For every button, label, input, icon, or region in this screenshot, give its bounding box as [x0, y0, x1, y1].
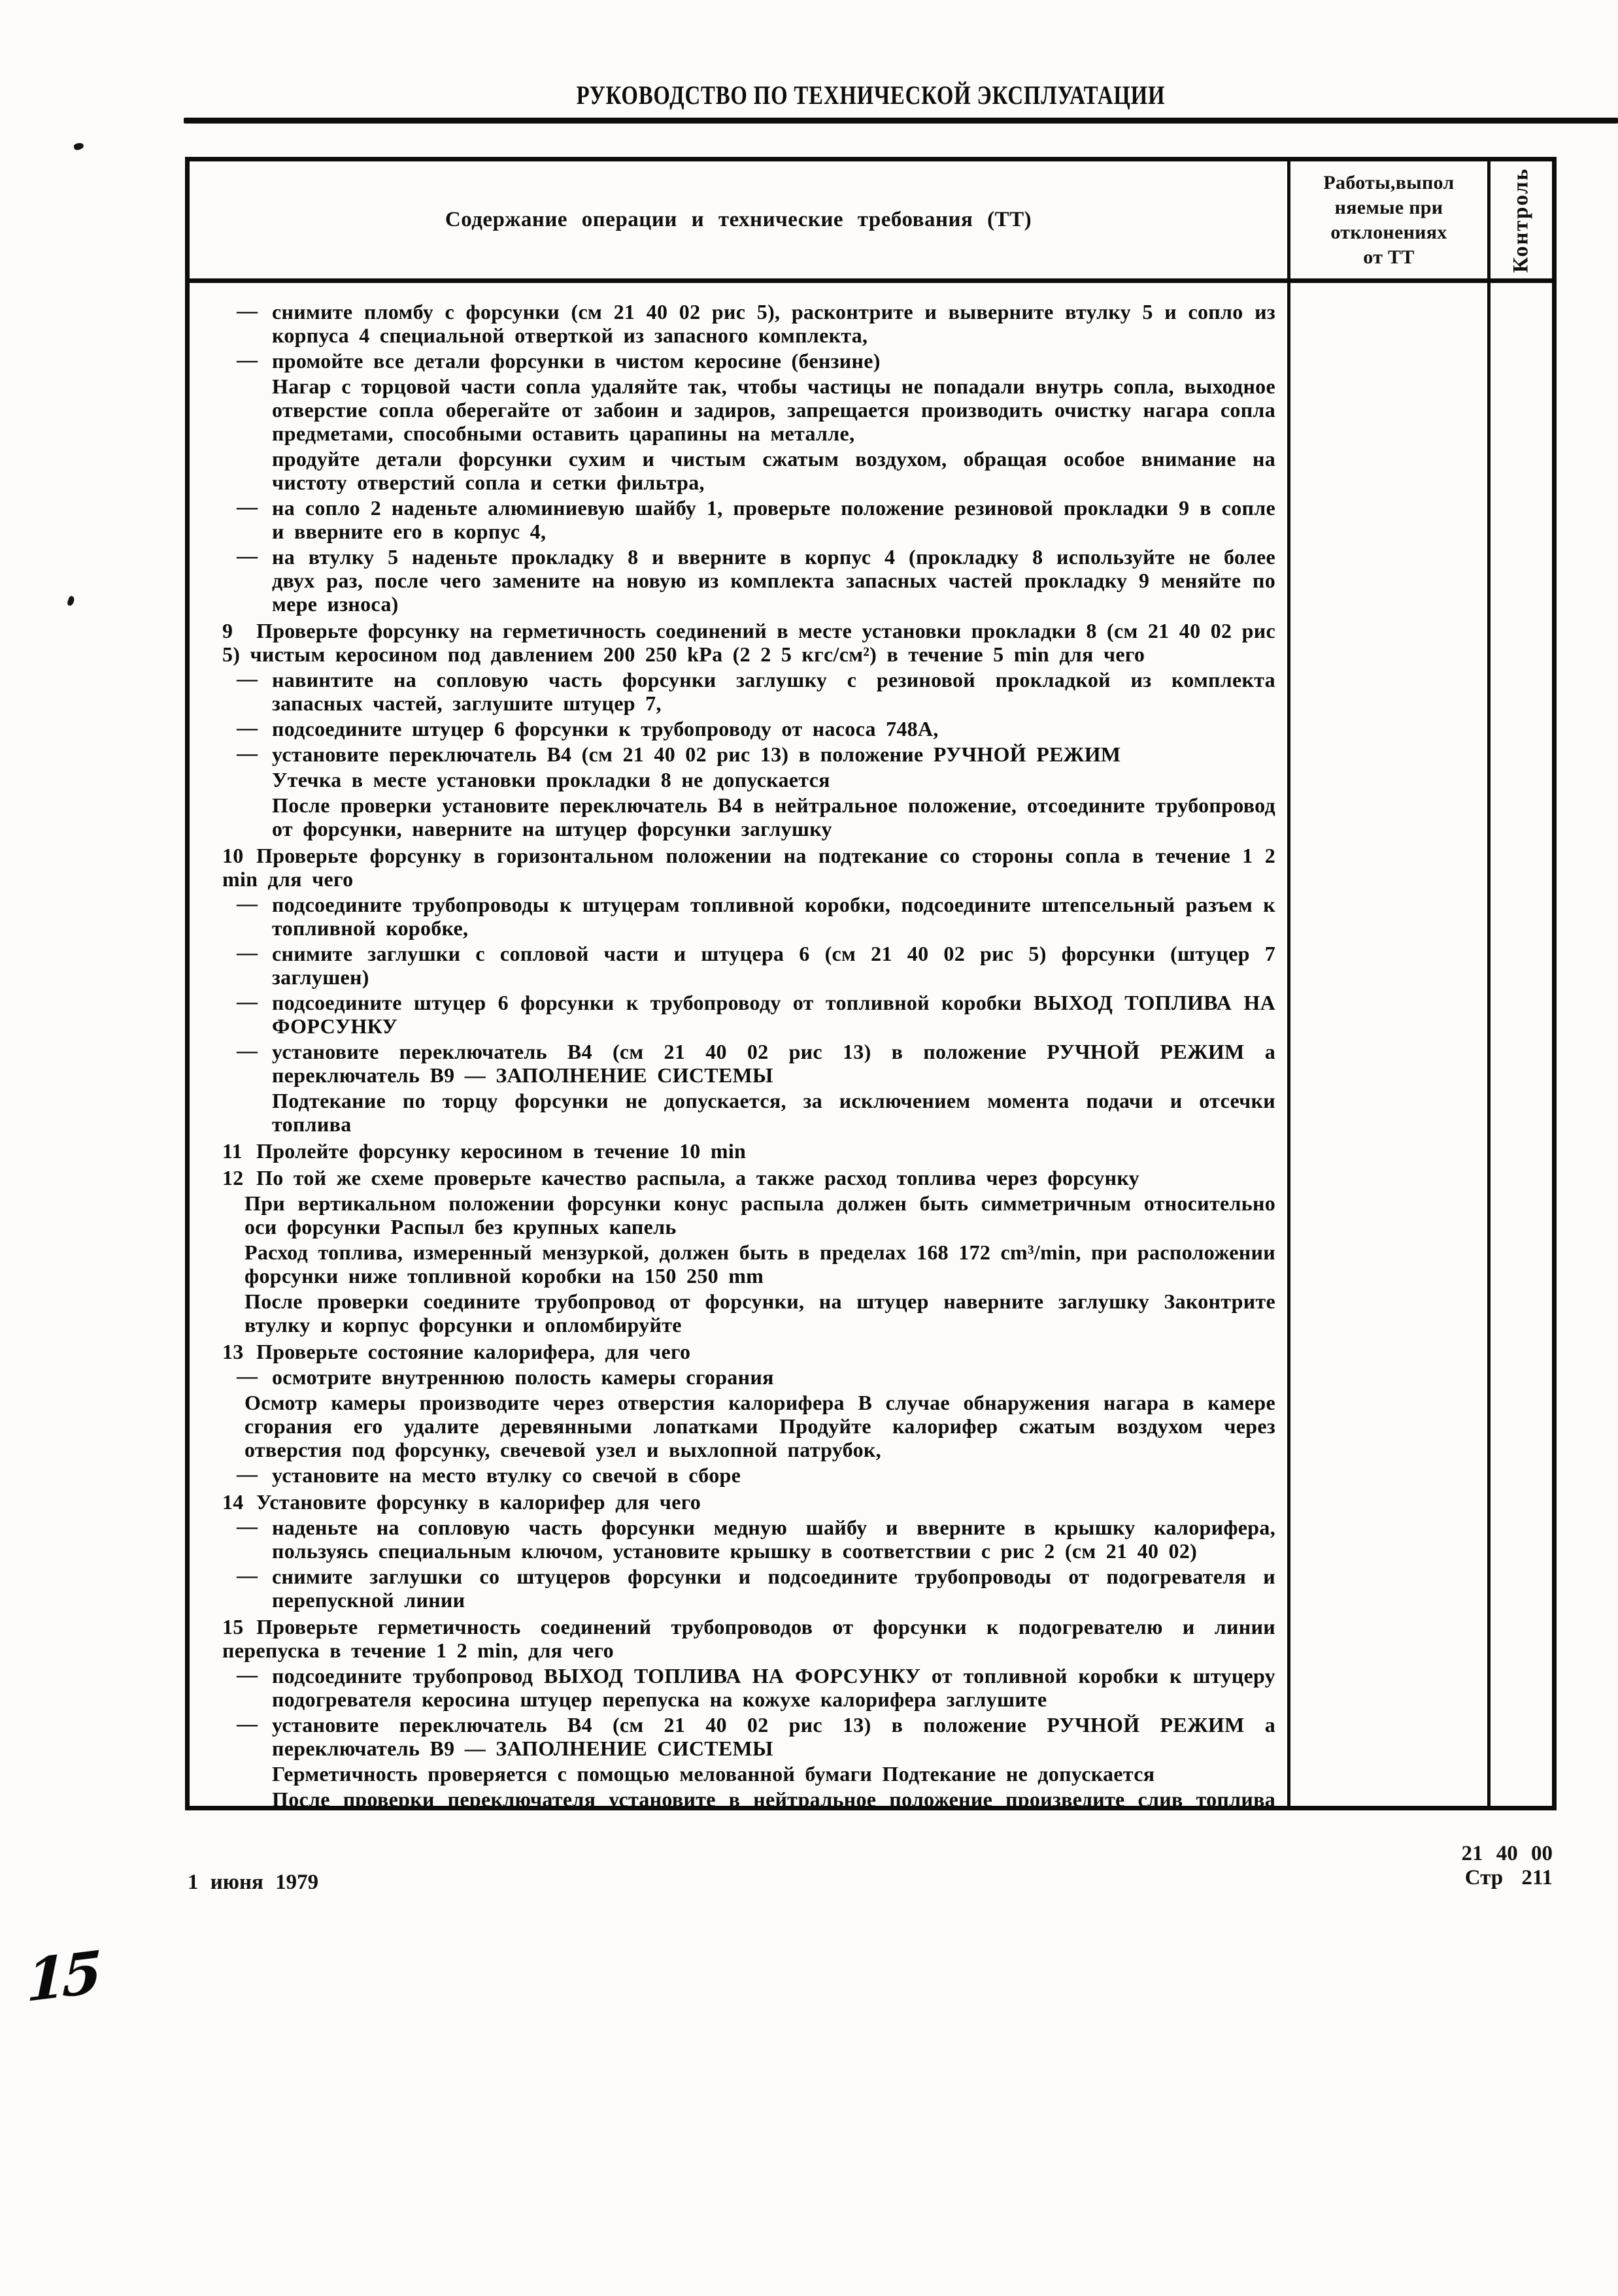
note-paragraph: Расход топлива, измеренный мензуркой, до… [204, 1240, 1275, 1288]
item-text: По той же схеме проверьте качество распы… [256, 1166, 1139, 1190]
item-text: Проверьте форсунку на герметичность соед… [222, 619, 1275, 666]
item-text: После проверки переключателя установите … [272, 1788, 1275, 1806]
item-text: После проверки установите переключатель … [272, 793, 1275, 840]
dash-marker: — [237, 1663, 258, 1686]
header-deviations: Работы,выпол няемые при отклонениях от Т… [1287, 161, 1487, 283]
dash-marker: — [237, 348, 258, 371]
numbered-item: 15Проверьте герметичность соединений тру… [204, 1615, 1275, 1662]
dash-item: —снимите заглушки с сопловой части и шту… [204, 942, 1275, 989]
dash-item: —на сопло 2 наденьте алюминиевую шайбу 1… [204, 496, 1275, 543]
item-text: на сопло 2 наденьте алюминиевую шайбу 1,… [272, 496, 1275, 543]
item-text: Проверьте состояние калорифера, для чего [256, 1340, 690, 1363]
item-text: установите на место втулку со свечой в с… [272, 1463, 741, 1487]
note-paragraph: После проверки соедините трубопровод от … [204, 1289, 1275, 1337]
dash-marker: — [237, 1462, 258, 1486]
footer-date: 1 июня 1979 [188, 1871, 318, 1895]
dash-item: —подсоедините штуцер 6 форсунки к трубоп… [204, 991, 1275, 1038]
dash-item: —навинтите на сопловую часть форсунки за… [204, 668, 1275, 715]
item-text: подсоедините штуцер 6 форсунки к трубопр… [272, 991, 1275, 1038]
header-operations: Содержание операции и технические требов… [190, 161, 1287, 283]
dash-item: —снимите заглушки со штуцеров форсунки и… [204, 1565, 1275, 1612]
item-text: Подтекание по торцу форсунки не допускае… [272, 1089, 1275, 1136]
item-text: Проверьте герметичность соединений трубо… [222, 1615, 1275, 1662]
numbered-item: 14Установите форсунку в калорифер для че… [204, 1490, 1275, 1514]
item-text: установите переключатель В4 (см 21 40 02… [272, 1040, 1275, 1087]
title-rule-divider [184, 118, 1618, 124]
dash-marker: — [237, 1712, 258, 1735]
operations-cell: —снимите пломбу с форсунки (см 21 40 02 … [190, 283, 1287, 1806]
item-text: Утечка в месте установки прокладки 8 не … [272, 768, 830, 791]
item-text: После проверки соедините трубопровод от … [244, 1289, 1275, 1337]
item-number: 12 [222, 1166, 256, 1190]
item-text: подсоедините штуцер 6 форсунки к трубопр… [272, 717, 939, 740]
item-text: установите переключатель В4 (см 21 40 02… [272, 742, 1121, 766]
dash-marker: — [237, 1364, 258, 1388]
dash-marker: — [237, 741, 258, 765]
numbered-item: 10Проверьте форсунку в горизонтальном по… [204, 844, 1275, 891]
dash-item: —осмотрите внутреннюю полость камеры сго… [204, 1365, 1275, 1389]
dash-marker: — [237, 891, 258, 915]
item-text: снимите пломбу с форсунки (см 21 40 02 р… [272, 300, 1275, 347]
dash-marker: — [237, 667, 258, 690]
item-text: Пролейте форсунку керосином в течение 10… [256, 1139, 746, 1163]
dash-item: —установите переключатель В4 (см 21 40 0… [204, 1713, 1275, 1760]
dash-marker: — [237, 1514, 258, 1538]
dash-marker: — [237, 495, 258, 518]
item-text: снимите заглушки с сопловой части и штуц… [272, 942, 1275, 989]
item-text: промойте все детали форсунки в чистом ке… [272, 349, 881, 373]
item-text: на втулку 5 наденьте прокладку 8 и вверн… [272, 545, 1275, 616]
footer-doc-number: 21 40 00 [1462, 1842, 1553, 1866]
ink-speck [73, 142, 84, 151]
item-text: подсоедините трубопровод ВЫХОД ТОПЛИВА Н… [272, 1664, 1275, 1711]
numbered-item: 9Проверьте форсунку на герметичность сое… [204, 619, 1275, 666]
dash-item: —подсоедините трубопроводы к штуцерам то… [204, 893, 1275, 940]
item-text: Расход топлива, измеренный мензуркой, до… [244, 1240, 1275, 1288]
dash-item: —установите переключатель В4 (см 21 40 0… [204, 742, 1275, 766]
numbered-item: 13Проверьте состояние калорифера, для че… [204, 1340, 1275, 1363]
dash-marker: — [237, 940, 258, 964]
item-text: При вертикальном положении форсунки кону… [244, 1191, 1275, 1239]
item-text: Герметичность проверяется с помощью мело… [272, 1762, 1155, 1786]
dash-item: —на втулку 5 наденьте прокладку 8 и ввер… [204, 545, 1275, 616]
item-text: подсоедините трубопроводы к штуцерам топ… [272, 893, 1275, 940]
note-paragraph: Осмотр камеры производите через отверсти… [204, 1391, 1275, 1461]
note-paragraph: Герметичность проверяется с помощью мело… [204, 1762, 1275, 1786]
dash-item: —снимите пломбу с форсунки (см 21 40 02 … [204, 300, 1275, 347]
item-number: 10 [222, 844, 256, 867]
note-paragraph: Утечка в месте установки прокладки 8 не … [204, 768, 1275, 791]
item-text: навинтите на сопловую часть форсунки заг… [272, 668, 1275, 715]
item-text: установите переключатель В4 (см 21 40 02… [272, 1713, 1275, 1760]
note-paragraph: Подтекание по торцу форсунки не допускае… [204, 1089, 1275, 1136]
item-text: осмотрите внутреннюю полость камеры сгор… [272, 1365, 774, 1389]
dash-item: —подсоедините штуцер 6 форсунки к трубоп… [204, 717, 1275, 740]
numbered-item: 11Пролейте форсунку керосином в течение … [204, 1139, 1275, 1163]
dash-marker: — [237, 716, 258, 739]
note-paragraph: Нагар с торцовой части сопла удаляйте та… [204, 374, 1275, 445]
item-text: Осмотр камеры производите через отверсти… [244, 1391, 1275, 1461]
dash-item: —установите переключатель В4 (см 21 40 0… [204, 1040, 1275, 1087]
item-text: продуйте детали форсунки сухим и чистым … [272, 447, 1275, 494]
item-text: Нагар с торцовой части сопла удаляйте та… [272, 374, 1275, 445]
footer-reference: 21 40 00 Стр 211 [1462, 1842, 1553, 1890]
dash-marker: — [237, 299, 258, 322]
manual-page: РУКОВОДСТВО ПО ТЕХНИЧЕСКОЙ ЭКСПЛУАТАЦИИ … [0, 0, 1618, 2296]
dash-marker: — [237, 1039, 258, 1062]
header-control-label: Контроль [1509, 167, 1534, 273]
numbered-item: 12По той же схеме проверьте качество рас… [204, 1166, 1275, 1190]
note-paragraph: После проверки переключателя установите … [204, 1788, 1275, 1806]
header-deviations-label: Работы,выпол няемые при отклонениях от Т… [1323, 171, 1454, 270]
dash-marker: — [237, 1563, 258, 1587]
item-number: 11 [222, 1139, 256, 1163]
dash-marker: — [237, 544, 258, 567]
footer-page-number: Стр 211 [1462, 1866, 1553, 1890]
running-title: РУКОВОДСТВО ПО ТЕХНИЧЕСКОЙ ЭКСПЛУАТАЦИИ [309, 80, 1433, 110]
deviations-cell-empty [1287, 283, 1487, 1806]
item-text: Проверьте форсунку в горизонтальном поло… [222, 844, 1275, 891]
dash-marker: — [237, 990, 258, 1013]
item-number: 14 [222, 1490, 256, 1514]
handwritten-page-mark: 15 [25, 1938, 98, 2015]
dash-item: —подсоедините трубопровод ВЫХОД ТОПЛИВА … [204, 1664, 1275, 1711]
dash-item: —наденьте на сопловую часть форсунки мед… [204, 1516, 1275, 1563]
header-operations-label: Содержание операции и технические требов… [445, 208, 1032, 232]
operations-table: Содержание операции и технические требов… [185, 157, 1557, 1810]
item-text: снимите заглушки со штуцеров форсунки и … [272, 1565, 1275, 1612]
note-paragraph: После проверки установите переключатель … [204, 793, 1275, 840]
note-paragraph: При вертикальном положении форсунки кону… [204, 1191, 1275, 1239]
item-number: 13 [222, 1340, 256, 1363]
dash-item: —установите на место втулку со свечой в … [204, 1463, 1275, 1487]
note-paragraph: продуйте детали форсунки сухим и чистым … [204, 447, 1275, 494]
control-cell-empty [1487, 283, 1552, 1806]
ink-speck [67, 595, 76, 607]
item-text: наденьте на сопловую часть форсунки медн… [272, 1516, 1275, 1563]
item-text: Установите форсунку в калорифер для чего [256, 1490, 701, 1514]
header-control: Контроль [1487, 161, 1552, 283]
dash-item: —промойте все детали форсунки в чистом к… [204, 349, 1275, 373]
item-number: 15 [222, 1615, 256, 1639]
item-number: 9 [222, 619, 256, 642]
